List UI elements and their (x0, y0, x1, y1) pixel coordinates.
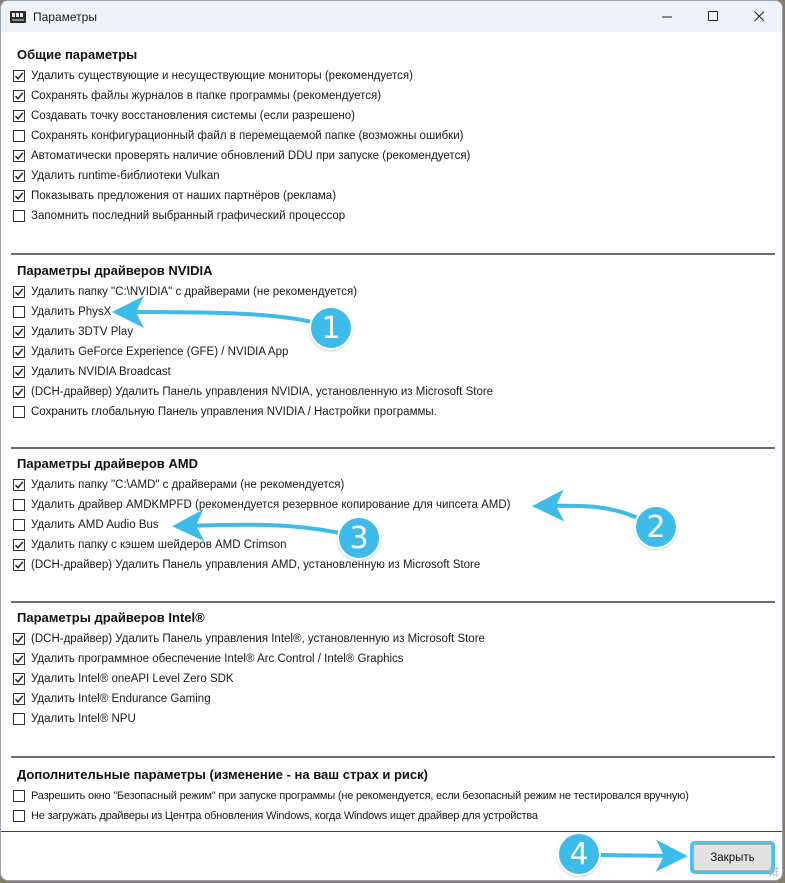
footer-divider (1, 831, 783, 832)
option-label: (DCH-драйвер) Удалить Панель управления … (31, 559, 480, 571)
checkbox-checked-icon[interactable] (13, 90, 25, 102)
option-checkbox[interactable]: (DCH-драйвер) Удалить Панель управления … (11, 382, 775, 402)
checkbox-checked-icon[interactable] (13, 286, 25, 298)
option-checkbox[interactable]: Удалить runtime-библиотеки Vulkan (11, 166, 775, 186)
option-checkbox[interactable]: Показывать предложения от наших партнёро… (11, 186, 775, 206)
annotation-badge-2: 2 (634, 505, 678, 549)
option-label: Удалить Intel® Endurance Gaming (31, 693, 211, 705)
option-checkbox[interactable]: Удалить папку "C:\AMD" с драйверами (не … (11, 475, 775, 495)
option-checkbox[interactable]: Удалить 3DTV Play (11, 322, 775, 342)
resize-grip[interactable] (769, 867, 779, 877)
option-label: Удалить AMD Audio Bus (31, 519, 159, 531)
option-label: Сохранять конфигурационный файл в переме… (31, 130, 463, 142)
checkbox-unchecked-icon[interactable] (13, 406, 25, 418)
option-label: Удалить Intel® oneAPI Level Zero SDK (31, 673, 234, 685)
option-label: Создавать точку восстановления системы (… (31, 110, 355, 122)
option-checkbox[interactable]: Удалить PhysX (11, 302, 775, 322)
option-checkbox[interactable]: Удалить Intel® oneAPI Level Zero SDK (11, 669, 775, 689)
checkbox-unchecked-icon[interactable] (13, 790, 25, 802)
checkbox-checked-icon[interactable] (13, 326, 25, 338)
option-checkbox[interactable]: Сохранять файлы журналов в папке програм… (11, 86, 775, 106)
option-checkbox[interactable]: Создавать точку восстановления системы (… (11, 106, 775, 126)
ddu-icon (10, 11, 26, 23)
option-label: Удалить PhysX (31, 306, 111, 318)
checkbox-unchecked-icon[interactable] (13, 713, 25, 725)
section-divider (11, 756, 775, 758)
minimize-icon (662, 11, 673, 22)
section-title: Параметры драйверов Intel® (11, 610, 775, 629)
section-4: Дополнительные параметры (изменение - на… (11, 767, 775, 826)
option-label: Не загружать драйверы из Центра обновлен… (31, 810, 538, 822)
option-label: Удалить runtime-библиотеки Vulkan (31, 170, 220, 182)
section-3: Параметры драйверов Intel®(DCH-драйвер) … (11, 610, 775, 729)
option-label: (DCH-драйвер) Удалить Панель управления … (31, 386, 493, 398)
checkbox-checked-icon[interactable] (13, 190, 25, 202)
checkbox-checked-icon[interactable] (13, 386, 25, 398)
checkbox-checked-icon[interactable] (13, 559, 25, 571)
option-label: Автоматически проверять наличие обновлен… (31, 150, 470, 162)
option-label: Запомнить последний выбранный графически… (31, 210, 345, 222)
option-checkbox[interactable]: Сохранить глобальную Панель управления N… (11, 402, 775, 422)
option-checkbox[interactable]: Автоматически проверять наличие обновлен… (11, 146, 775, 166)
checkbox-checked-icon[interactable] (13, 539, 25, 551)
checkbox-unchecked-icon[interactable] (13, 810, 25, 822)
title-bar[interactable]: Параметры (1, 1, 782, 32)
settings-window: Параметры Общие параметрыУдалить существ… (0, 0, 783, 881)
checkbox-unchecked-icon[interactable] (13, 306, 25, 318)
option-label: Удалить драйвер AMDKMPFD (рекомендуется … (31, 499, 511, 511)
option-label: Удалить папку с кэшем шейдеров AMD Crims… (31, 539, 287, 551)
checkbox-checked-icon[interactable] (13, 70, 25, 82)
window-title: Параметры (33, 10, 97, 24)
checkbox-checked-icon[interactable] (13, 170, 25, 182)
section-0: Общие параметрыУдалить существующие и не… (11, 47, 775, 226)
option-checkbox[interactable]: Удалить NVIDIA Broadcast (11, 362, 775, 382)
option-checkbox[interactable]: Удалить существующие и несуществующие мо… (11, 66, 775, 86)
option-label: Сохранять файлы журналов в папке програм… (31, 90, 381, 102)
option-checkbox[interactable]: Удалить Intel® Endurance Gaming (11, 689, 775, 709)
section-title: Параметры драйверов AMD (11, 456, 775, 475)
option-checkbox[interactable]: Сохранять конфигурационный файл в переме… (11, 126, 775, 146)
option-label: Удалить 3DTV Play (31, 326, 133, 338)
checkbox-checked-icon[interactable] (13, 693, 25, 705)
checkbox-checked-icon[interactable] (13, 346, 25, 358)
option-label: Удалить папку "C:\AMD" с драйверами (не … (31, 479, 344, 491)
checkbox-checked-icon[interactable] (13, 673, 25, 685)
option-label: Показывать предложения от наших партнёро… (31, 190, 336, 202)
option-checkbox[interactable]: Не загружать драйверы из Центра обновлен… (11, 806, 775, 826)
section-1: Параметры драйверов NVIDIAУдалить папку … (11, 263, 775, 422)
section-title: Дополнительные параметры (изменение - на… (11, 767, 775, 786)
option-label: Разрешить окно "Безопасный режим" при за… (31, 790, 689, 802)
option-label: Удалить GeForce Experience (GFE) / NVIDI… (31, 346, 288, 358)
section-divider (11, 253, 775, 255)
checkbox-checked-icon[interactable] (13, 633, 25, 645)
checkbox-checked-icon[interactable] (13, 110, 25, 122)
option-checkbox[interactable]: Запомнить последний выбранный графически… (11, 206, 775, 226)
maximize-button[interactable] (690, 1, 736, 32)
option-label: (DCH-драйвер) Удалить Панель управления … (31, 633, 485, 645)
section-title: Параметры драйверов NVIDIA (11, 263, 775, 282)
annotation-badge-3: 3 (337, 516, 381, 560)
option-checkbox[interactable]: Удалить GeForce Experience (GFE) / NVIDI… (11, 342, 775, 362)
option-checkbox[interactable]: (DCH-драйвер) Удалить Панель управления … (11, 629, 775, 649)
checkbox-checked-icon[interactable] (13, 366, 25, 378)
checkbox-unchecked-icon[interactable] (13, 499, 25, 511)
checkbox-unchecked-icon[interactable] (13, 210, 25, 222)
checkbox-unchecked-icon[interactable] (13, 130, 25, 142)
option-label: Удалить существующие и несуществующие мо… (31, 70, 413, 82)
option-label: Сохранить глобальную Панель управления N… (31, 406, 437, 418)
option-label: Удалить NVIDIA Broadcast (31, 366, 171, 378)
checkbox-checked-icon[interactable] (13, 150, 25, 162)
option-checkbox[interactable]: (DCH-драйвер) Удалить Панель управления … (11, 555, 775, 575)
checkbox-checked-icon[interactable] (13, 479, 25, 491)
close-window-button[interactable] (736, 1, 782, 32)
option-checkbox[interactable]: Разрешить окно "Безопасный режим" при за… (11, 786, 775, 806)
checkbox-checked-icon[interactable] (13, 653, 25, 665)
option-checkbox[interactable]: Удалить папку "C:\NVIDIA" с драйверами (… (11, 282, 775, 302)
section-title: Общие параметры (11, 47, 775, 66)
section-divider (11, 447, 775, 449)
option-checkbox[interactable]: Удалить Intel® NPU (11, 709, 775, 729)
window-controls (644, 1, 782, 32)
checkbox-unchecked-icon[interactable] (13, 519, 25, 531)
annotation-badge-1: 1 (309, 306, 353, 350)
minimize-button[interactable] (644, 1, 690, 32)
close-button[interactable]: Закрыть (693, 844, 772, 871)
option-checkbox[interactable]: Удалить программное обеспечение Intel® A… (11, 649, 775, 669)
option-label: Удалить папку "C:\NVIDIA" с драйверами (… (31, 286, 357, 298)
section-divider (11, 601, 775, 603)
maximize-icon (708, 11, 719, 22)
option-label: Удалить Intel® NPU (31, 713, 136, 725)
option-label: Удалить программное обеспечение Intel® A… (31, 653, 404, 665)
annotation-badge-4: 4 (557, 832, 601, 876)
close-icon (754, 11, 765, 22)
